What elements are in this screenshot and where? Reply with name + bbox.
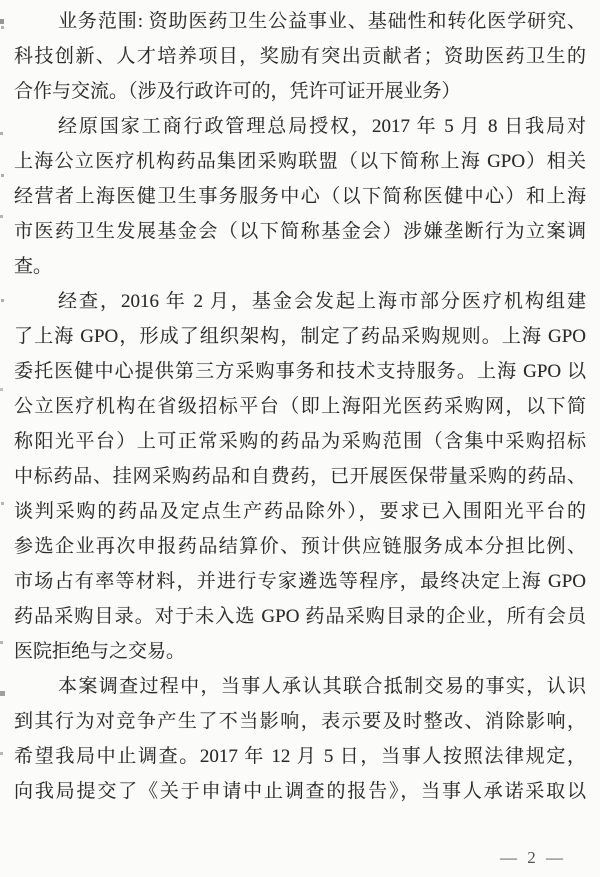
text-line: 参选企业再次申报药品结算价、预计供应链服务成本分担比例、 [14, 529, 586, 564]
text-line: 经原国家工商行政管理总局授权，2017 年 5 月 8 日我局对 [14, 109, 586, 144]
text-line: 称阳光平台）上可正常采购的药品为采购范围（含集中采购招标 [14, 424, 586, 459]
scan-artifact [0, 0, 3, 3]
text-line: 医院拒绝与之交易。 [14, 634, 586, 669]
text-line: 科技创新、人才培养项目，奖励有突出贡献者；资助医药卫生的 [14, 39, 586, 74]
text-line: 希望我局中止调查。2017 年 12 月 5 日，当事人按照法律规定， [14, 739, 586, 774]
text-line: 经查，2016 年 2 月，基金会发起上海市部分医疗机构组建 [14, 284, 586, 319]
text-line: 市医药卫生发展基金会（以下简称基金会）涉嫌垄断行为立案调 [14, 214, 586, 249]
text-line: 药品采购目录。对于未入选 GPO 药品采购目录的企业，所有会员 [14, 599, 586, 634]
text-line: 本案调查过程中，当事人承认其联合抵制交易的事实，认识 [14, 669, 586, 704]
text-line: 公立医疗机构在省级招标平台（即上海阳光医药采购网，以下简 [14, 389, 586, 424]
page-number: — 2 — [500, 848, 566, 868]
text-line: 向我局提交了《关于申请中止调查的报告》，当事人承诺采取以 [14, 774, 586, 809]
text-line: 合作与交流。（涉及行政许可的，凭许可证开展业务） [14, 74, 586, 109]
text-line: 委托医健中心提供第三方采购事务和技术支持服务。上海 GPO 以 [14, 354, 586, 389]
text-line: 了上海 GPO，形成了组织架构，制定了药品采购规则。上海 GPO [14, 319, 586, 354]
text-line: 上海公立医疗机构药品集团采购联盟（以下简称上海 GPO）相关 [14, 144, 586, 179]
text-line: 谈判采购的药品及定点生产药品除外），要求已入围阳光平台的 [14, 494, 586, 529]
document-body: 业务范围: 资助医药卫生公益事业、基础性和转化医学研究、科技创新、人才培养项目，… [0, 4, 600, 809]
text-line: 经营者上海医健卫生事务服务中心（以下简称医健中心）和上海 [14, 179, 586, 214]
text-line: 到其行为对竞争产生了不当影响，表示要及时整改、消除影响， [14, 704, 586, 739]
text-line: 中标药品、挂网采购药品和自费药，已开展医保带量采购的药品、 [14, 459, 586, 494]
text-line: 业务范围: 资助医药卫生公益事业、基础性和转化医学研究、 [14, 4, 586, 39]
text-line: 查。 [14, 249, 586, 284]
text-line: 市场占有率等材料，并进行专家遴选等程序，最终决定上海 GPO [14, 564, 586, 599]
